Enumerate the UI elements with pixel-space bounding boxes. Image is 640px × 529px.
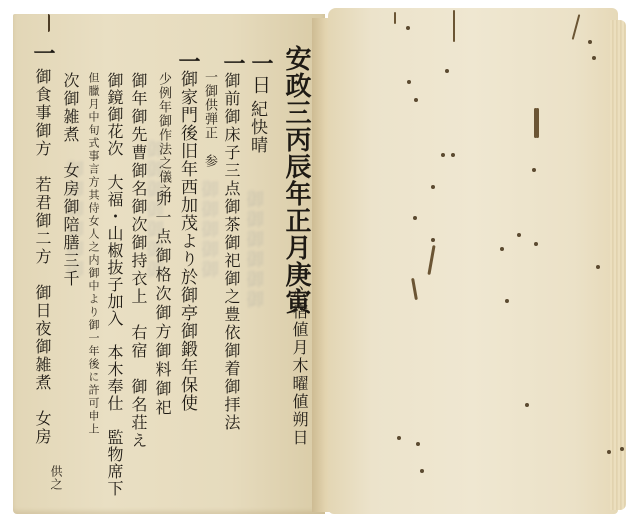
entry-mark: 一 [177,50,199,72]
entry-text: 卯一点御格次御方御料御祀 [154,190,170,418]
wormhole [420,469,424,473]
wormhole [505,299,509,303]
wormhole [607,450,611,454]
wormhole [525,403,529,407]
wormhole [407,80,411,84]
ink-bleed-through: 御御御御御御 [240,190,266,310]
wormhole [620,447,624,451]
wormhole [414,98,418,102]
entry-text: 御食事御方 若君御二方 御日夜御雑煮 女房 [34,68,50,446]
wormhole [532,168,536,172]
wormhole [416,442,420,446]
entry-note: 但臘月中旬式事言方其侍女人之内御中より御一年後に許可申上 [88,72,99,436]
wormhole [517,233,521,237]
wormhole [431,185,435,189]
entry-text: 次御雑煮 女房御陪膳三千 [62,72,78,288]
wormhole [406,26,410,30]
entry-mark: 一 [222,52,244,74]
entry-text: 御鏡御花次 大福・山椒抜子加入 本木奉仕 監物席下 [106,72,122,497]
entry-text: 御前御床子三点御茶御祀御之豊依御着御拝法 [223,72,239,432]
wormhole [588,40,592,44]
page-edges [610,20,626,510]
heading-astrological-note: 心宿値月木曜値朔日 [291,285,307,447]
wormhole [534,242,538,246]
entry-text: 一御供弾正 参 [203,70,216,168]
wormhole [431,238,435,242]
binding-thread [48,14,50,32]
entry-mark: 一 [250,52,272,74]
wormhole [592,56,596,60]
wormhole [596,265,600,269]
wormhole [397,436,401,440]
wormhole [500,247,504,251]
entry-note: 供之 [50,465,62,491]
entry-note: 紀快晴 [248,100,265,154]
wormhole [441,153,445,157]
wormhole [413,216,417,220]
entry-text: 少例年御作法之儀之 [157,72,170,198]
entry-text: 御年御先曹御名御次御持衣上 右宿 御名荘え [130,72,146,450]
open-book: 御御御御御御 御御御御御 御御御御御御御 御御御御御御 安政三丙辰年正月庚寅 心… [0,0,640,529]
worm-track [394,12,396,24]
ink-bleed-through: 御御御御御 [195,180,221,280]
wormhole [445,69,449,73]
worm-track [453,10,455,42]
entry-mark: 一 [32,42,54,64]
entry-text: 日 [250,75,269,95]
wormhole [451,153,455,157]
entry-text: 御家門後旧年西加茂より於御亭御鍛年保使 [178,70,195,412]
right-page [328,8,618,514]
worm-track [536,108,539,138]
